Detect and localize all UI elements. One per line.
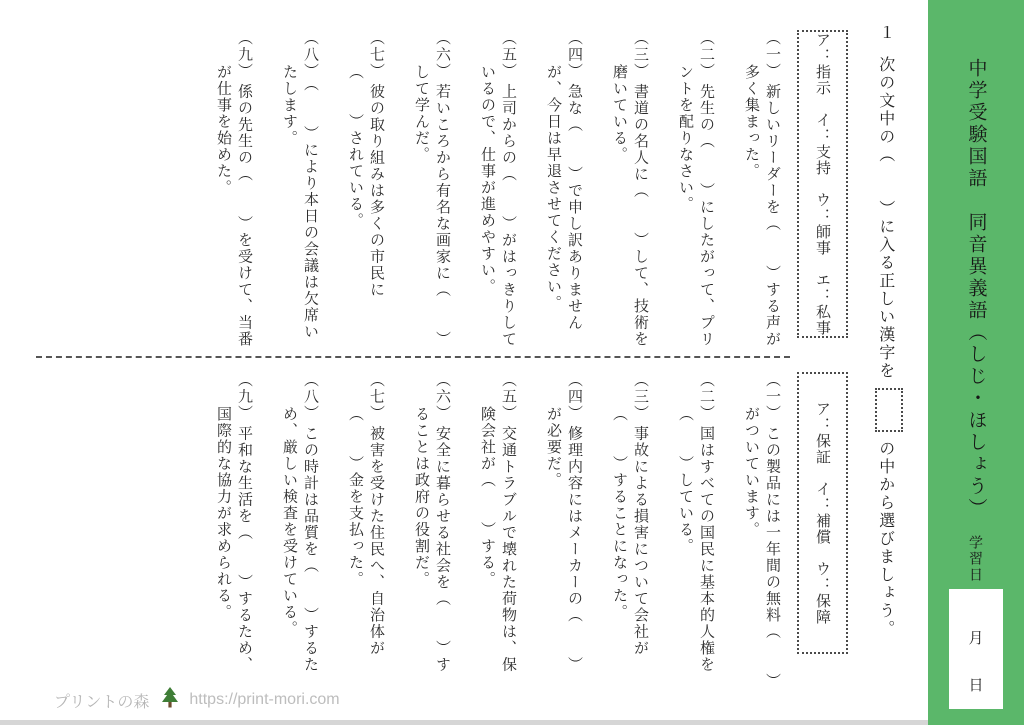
site-url-link[interactable]: https://print-mori.com bbox=[189, 691, 339, 709]
question-item: （七）彼の取り組みは多くの市民に（ ）されている。 bbox=[345, 30, 387, 354]
question-item: （三）書道の名人に（ ）して、技術を磨いている。 bbox=[609, 30, 651, 354]
question-number: （八） bbox=[302, 30, 319, 80]
question-text: この時計は品質を（ ）するため、厳しい検査を受けている。 bbox=[281, 406, 319, 673]
question-number: （三） bbox=[632, 372, 649, 422]
question-number: （七） bbox=[368, 30, 385, 80]
question-item: （五）上司からの（ ）がはっきりしているので、仕事が進めやすい。 bbox=[477, 30, 519, 354]
instruction-number: １ bbox=[877, 24, 894, 42]
question-text: （ ）により本日の会議は欠席いたします。 bbox=[281, 64, 319, 340]
question-number: （八） bbox=[302, 372, 319, 422]
question-text: 上司からの（ ）がはっきりしているので、仕事が進めやすい。 bbox=[479, 64, 517, 348]
instruction-after-box: の中から選びましょう。 bbox=[877, 440, 894, 638]
question-text: 修理内容にはメーカーの（ ）が必要だ。 bbox=[545, 406, 583, 673]
choices-box-hoshou: ア：保証 イ：補償 ウ：保障 bbox=[797, 372, 848, 654]
question-item: （八）この時計は品質を（ ）するため、厳しい検査を受けている。 bbox=[279, 372, 321, 688]
question-number: （二） bbox=[698, 372, 715, 422]
section-hoshou: ア：保証 イ：補償 ウ：保障 （一）この製品には一年間の無料（ ）がついています… bbox=[30, 372, 848, 688]
question-number: （一） bbox=[764, 30, 781, 80]
question-text: 若いころから有名な画家に（ ）して学んだ。 bbox=[413, 64, 451, 348]
study-date-label: 学習日 bbox=[966, 535, 986, 583]
question-number: （五） bbox=[500, 372, 517, 422]
footer: プリントの森 https://print-mori.com bbox=[54, 687, 340, 713]
question-item: （四）急な（ ）で申し訳ありませんが、今日は早退させてください。 bbox=[543, 30, 585, 354]
question-text: 安全に暮らせる社会を（ ）することは政府の役割だ。 bbox=[413, 406, 451, 673]
worksheet-page: １次の文中の（ ）に入る正しい漢字をの中から選びましょう。 ア：指示 イ：支持 … bbox=[0, 0, 1024, 725]
question-item: （六）若いころから有名な画家に（ ）して学んだ。 bbox=[411, 30, 453, 354]
question-item: （一）この製品には一年間の無料（ ）がついています。 bbox=[741, 372, 783, 688]
question-text: 被害を受けた住民へ、自治体が（ ）金を支払った。 bbox=[347, 406, 385, 657]
question-item: （七）被害を受けた住民へ、自治体が（ ）金を支払った。 bbox=[345, 372, 387, 688]
date-entry-box: 月 日 bbox=[949, 589, 1003, 709]
footer-bottom-bar bbox=[0, 720, 928, 725]
question-text: この製品には一年間の無料（ ）がついています。 bbox=[743, 406, 781, 682]
instruction-text: １次の文中の（ ）に入る正しい漢字をの中から選びましょう。 bbox=[874, 24, 904, 688]
page-title: 中学受験国語 同音異義語（しじ・ほしょう） bbox=[963, 58, 990, 520]
site-name: プリントの森 bbox=[54, 689, 149, 712]
question-number: （四） bbox=[566, 30, 583, 80]
question-number: （七） bbox=[368, 372, 385, 422]
choices-box-shiji: ア：指示 イ：支持 ウ：師事 エ：私事 bbox=[797, 30, 848, 338]
question-item: （五）交通トラブルで壊れた荷物は、保険会社が（ ）する。 bbox=[477, 372, 519, 688]
question-item: （八）（ ）により本日の会議は欠席いたします。 bbox=[279, 30, 321, 354]
question-item: （九）平和な生活を（ ）するため、国際的な協力が求められる。 bbox=[213, 372, 255, 688]
question-item: （二）先生の（ ）にしたがって、プリントを配りなさい。 bbox=[675, 30, 717, 354]
month-label: 月 bbox=[968, 627, 983, 648]
day-label: 日 bbox=[968, 674, 983, 695]
instruction-before-box: 次の文中の（ ）に入る正しい漢字を bbox=[877, 56, 894, 380]
question-text: 彼の取り組みは多くの市民に（ ）されている。 bbox=[347, 64, 385, 298]
question-number: （三） bbox=[632, 30, 649, 80]
question-number: （九） bbox=[236, 372, 253, 422]
title-sidebar: 中学受験国語 同音異義語（しじ・ほしょう） 学習日 月 日 bbox=[928, 0, 1024, 725]
question-text: 交通トラブルで壊れた荷物は、保険会社が（ ）する。 bbox=[479, 406, 517, 673]
question-text: 書道の名人に（ ）して、技術を磨いている。 bbox=[611, 64, 649, 348]
question-number: （六） bbox=[434, 30, 451, 80]
question-number: （四） bbox=[566, 372, 583, 422]
question-text: 急な（ ）で申し訳ありませんが、今日は早退させてください。 bbox=[545, 64, 583, 331]
question-number: （一） bbox=[764, 372, 781, 422]
pine-tree-icon bbox=[161, 687, 179, 713]
question-item: （九）係の先生の（ ）を受けて、当番が仕事を始めた。 bbox=[213, 30, 255, 354]
question-text: 国はすべての国民に基本的人権を（ ）している。 bbox=[677, 406, 715, 673]
question-text: 先生の（ ）にしたがって、プリントを配りなさい。 bbox=[677, 64, 715, 348]
question-number: （九） bbox=[236, 30, 253, 80]
answer-box-placeholder bbox=[875, 388, 903, 432]
question-text: 平和な生活を（ ）するため、国際的な協力が求められる。 bbox=[215, 406, 253, 673]
question-item: （一）新しいリーダーを（ ）する声が多く集まった。 bbox=[741, 30, 783, 354]
question-item: （二）国はすべての国民に基本的人権を（ ）している。 bbox=[675, 372, 717, 688]
question-number: （六） bbox=[434, 372, 451, 422]
question-item: （三）事故による損害について会社が（ ）することになった。 bbox=[609, 372, 651, 688]
question-text: 事故による損害について会社が（ ）することになった。 bbox=[611, 406, 649, 657]
question-text: 係の先生の（ ）を受けて、当番が仕事を始めた。 bbox=[215, 64, 253, 348]
question-number: （五） bbox=[500, 30, 517, 80]
question-item: （四）修理内容にはメーカーの（ ）が必要だ。 bbox=[543, 372, 585, 688]
question-text: 新しいリーダーを（ ）する声が多く集まった。 bbox=[743, 64, 781, 348]
question-item: （六）安全に暮らせる社会を（ ）することは政府の役割だ。 bbox=[411, 372, 453, 688]
question-number: （二） bbox=[698, 30, 715, 80]
section-shiji: ア：指示 イ：支持 ウ：師事 エ：私事 （一）新しいリーダーを（ ）する声が多く… bbox=[30, 30, 848, 354]
section-divider bbox=[36, 356, 790, 358]
